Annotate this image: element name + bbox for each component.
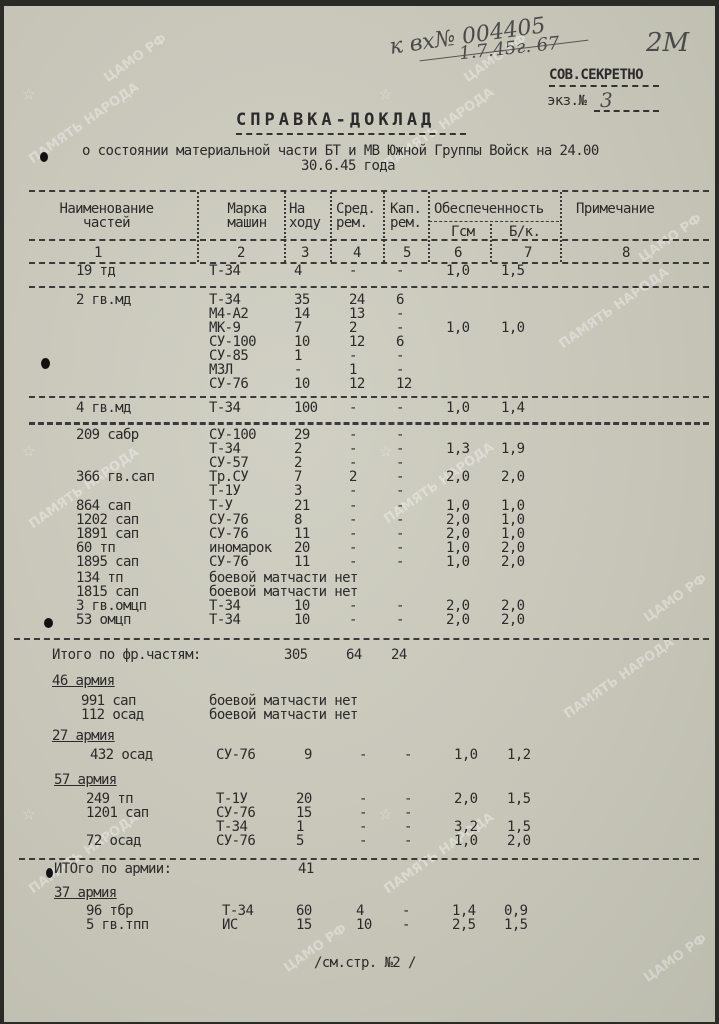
capital-repair: - xyxy=(404,748,412,762)
vehicle-brand: МК-9 xyxy=(209,321,240,335)
vehicle-brand: СУ-76 xyxy=(216,806,255,820)
capital-repair: - xyxy=(404,820,412,834)
vehicle-brand: Т-34 xyxy=(209,442,240,456)
fuel-supply: 1,3 xyxy=(446,442,470,456)
capital-repair: - xyxy=(396,442,404,456)
fuel-supply: 1,0 xyxy=(446,541,470,555)
document-title: СПРАВКА-ДОКЛАД xyxy=(236,113,435,127)
vehicle-brand: СУ-76 xyxy=(209,377,248,391)
watermark-pamyat: ПАМЯТЬ НАРОДА xyxy=(381,810,496,897)
fuel-supply: 2,0 xyxy=(446,599,470,613)
capital-repair: - xyxy=(404,806,412,820)
vehicle-brand: Т-У xyxy=(209,499,233,513)
medium-repair: - xyxy=(349,499,357,513)
total-front-capital: 24 xyxy=(391,648,407,662)
copy-number: 3 xyxy=(600,88,613,112)
col-number-border xyxy=(29,262,709,264)
capital-repair: - xyxy=(404,834,412,848)
unit-name: 1202 сап xyxy=(76,513,139,527)
column-separator xyxy=(428,192,430,262)
medium-repair: 12 xyxy=(349,377,365,391)
fuel-supply: 2,0 xyxy=(446,613,470,627)
medium-repair: - xyxy=(349,456,357,470)
row-border xyxy=(19,858,699,860)
vehicle-brand: СУ-76 xyxy=(216,834,255,848)
fuel-supply: 1,0 xyxy=(446,499,470,513)
medium-repair: - xyxy=(349,555,357,569)
capital-repair: - xyxy=(396,264,404,278)
header-capital-repair: Кап.рем. xyxy=(390,202,421,230)
vehicle-brand: Т-1У xyxy=(209,484,240,498)
running-count: 21 xyxy=(294,499,310,513)
unit-name: 3 гв.омцп xyxy=(76,599,146,613)
unit-name: 60 тп xyxy=(76,541,115,555)
star-watermark-icon: ☆ xyxy=(379,81,392,106)
vehicle-brand: ИС xyxy=(222,918,238,932)
ammo-supply: 0,9 xyxy=(504,904,528,918)
hole-mark xyxy=(41,358,50,369)
column-separator xyxy=(197,192,199,262)
capital-repair: - xyxy=(402,904,410,918)
medium-repair: 4 xyxy=(356,904,364,918)
total-front-medium: 64 xyxy=(346,648,362,662)
unit-name: 249 тп xyxy=(86,792,133,806)
capital-repair: - xyxy=(396,349,404,363)
vehicle-brand: СУ-100 xyxy=(209,335,256,349)
vehicle-brand: Т-34 xyxy=(216,820,247,834)
ammo-supply: 2,0 xyxy=(501,599,525,613)
header-notes: Примечание xyxy=(576,202,654,216)
vehicle-brand: Т-34 xyxy=(209,401,240,415)
unit-name: 432 осад xyxy=(90,748,153,762)
vehicle-brand: М4-А2 xyxy=(209,307,248,321)
vehicle-brand: боевой матчасти нет xyxy=(209,571,358,585)
col-number: 8 xyxy=(622,246,630,260)
capital-repair: 6 xyxy=(396,293,404,307)
vehicle-brand: Т-34 xyxy=(209,264,240,278)
fuel-supply: 2,0 xyxy=(454,792,478,806)
fuel-supply: 2,0 xyxy=(446,470,470,484)
hole-mark xyxy=(46,868,53,878)
running-count: 29 xyxy=(294,428,310,442)
medium-repair: - xyxy=(359,806,367,820)
star-watermark-icon: ☆ xyxy=(22,438,35,463)
column-separator xyxy=(330,192,332,262)
header-fuel: Гсм xyxy=(451,225,475,239)
star-watermark-icon: ☆ xyxy=(379,438,392,463)
medium-repair: 2 xyxy=(349,321,357,335)
running-count: 10 xyxy=(294,335,310,349)
running-count: 10 xyxy=(294,613,310,627)
total-front-label: Итого по фр.частям: xyxy=(52,648,201,662)
ammo-supply: 2,0 xyxy=(501,541,525,555)
handwritten-corner-mark: 2М xyxy=(646,28,689,58)
unit-name: 53 омцп xyxy=(76,613,131,627)
fuel-supply: 3,2 xyxy=(454,820,478,834)
capital-repair: - xyxy=(396,555,404,569)
medium-repair: - xyxy=(349,349,357,363)
running-count: 35 xyxy=(294,293,310,307)
ammo-supply: 1,4 xyxy=(501,401,525,415)
capital-repair: 6 xyxy=(396,335,404,349)
running-count: 10 xyxy=(294,377,310,391)
vehicle-brand: иномарок xyxy=(209,541,272,555)
capital-repair: - xyxy=(396,363,404,377)
ammo-supply: 2,0 xyxy=(501,613,525,627)
running-count: 100 xyxy=(294,401,318,415)
row-border xyxy=(29,422,709,425)
col-number: 5 xyxy=(403,246,411,260)
unit-name: 72 осад xyxy=(86,834,141,848)
vehicle-brand: СУ-76 xyxy=(216,748,255,762)
vehicle-brand: МЗЛ xyxy=(209,363,233,377)
copy-label: экз.№ xyxy=(547,94,586,108)
col-number: 4 xyxy=(353,246,361,260)
fuel-supply: 1,0 xyxy=(454,748,478,762)
medium-repair: - xyxy=(349,527,357,541)
running-count: 4 xyxy=(294,264,302,278)
col-number: 7 xyxy=(524,246,532,260)
vehicle-brand: Т-1У xyxy=(216,792,247,806)
running-count: 1 xyxy=(294,349,302,363)
star-watermark-icon: ☆ xyxy=(22,81,35,106)
fuel-supply: 2,5 xyxy=(452,918,476,932)
unit-name: 134 тп xyxy=(76,571,123,585)
unit-name: 96 тбр xyxy=(86,904,133,918)
capital-repair: - xyxy=(396,401,404,415)
vehicle-brand: СУ-85 xyxy=(209,349,248,363)
medium-repair: 2 xyxy=(349,470,357,484)
running-count: 10 xyxy=(294,599,310,613)
continued-on-page-note: /см.стр. №2 / xyxy=(314,956,416,970)
medium-repair: - xyxy=(359,820,367,834)
ammo-supply: 1,0 xyxy=(501,513,525,527)
table-top-border xyxy=(29,190,709,192)
unit-name: 864 сап xyxy=(76,499,131,513)
unit-name: 112 осад xyxy=(81,708,144,722)
capital-repair: - xyxy=(396,613,404,627)
capital-repair: - xyxy=(396,499,404,513)
column-separator xyxy=(490,224,492,262)
running-count: 9 xyxy=(304,748,312,762)
col-number: 2 xyxy=(237,246,245,260)
running-count: 5 xyxy=(296,834,304,848)
capital-repair: - xyxy=(396,541,404,555)
divider xyxy=(549,85,659,87)
army-heading-37: 37 армия xyxy=(54,886,117,900)
vehicle-brand: боевой матчасти нет xyxy=(209,585,358,599)
unit-name: 991 сап xyxy=(81,694,136,708)
unit-name: 2 гв.мд xyxy=(76,293,131,307)
running-count: 2 xyxy=(294,442,302,456)
ammo-supply: 1,5 xyxy=(507,792,531,806)
running-count: 1 xyxy=(296,820,304,834)
vehicle-brand: СУ-76 xyxy=(209,513,248,527)
capital-repair: 12 xyxy=(396,377,412,391)
fuel-supply: 1,0 xyxy=(446,264,470,278)
header-unit-name: Наименованиечастей xyxy=(44,202,169,230)
vehicle-brand: Т-34 xyxy=(209,599,240,613)
army-heading-57: 57 армия xyxy=(54,773,117,787)
total-armies-running: 41 xyxy=(298,862,314,876)
ammo-supply: 1,0 xyxy=(501,527,525,541)
ammo-supply: 2,0 xyxy=(501,555,525,569)
header-medium-repair: Сред.рем. xyxy=(336,202,375,230)
unit-name: 1895 сап xyxy=(76,555,139,569)
header-ammo: Б/к. xyxy=(509,225,540,239)
fuel-supply: 1,0 xyxy=(446,401,470,415)
watermark-pamyat: ПАМЯТЬ НАРОДА xyxy=(26,810,141,897)
vehicle-brand: Т-34 xyxy=(222,904,253,918)
fuel-supply: 2,0 xyxy=(446,527,470,541)
running-count: 7 xyxy=(294,321,302,335)
ammo-supply: 2,0 xyxy=(501,470,525,484)
watermark-tsamo: ЦАМО РФ xyxy=(641,931,709,985)
watermark-pamyat: ПАМЯТЬ НАРОДА xyxy=(561,635,676,722)
ammo-supply: 1,5 xyxy=(507,820,531,834)
hole-mark xyxy=(44,618,53,628)
running-count: 11 xyxy=(294,527,310,541)
total-armies-label: ИТОго по армии: xyxy=(54,862,171,876)
medium-repair: - xyxy=(349,442,357,456)
medium-repair: - xyxy=(349,428,357,442)
army-heading-27: 27 армия xyxy=(52,729,115,743)
unit-name: 5 гв.тпп xyxy=(86,918,149,932)
unit-name: 366 гв.сап xyxy=(76,470,154,484)
divider xyxy=(594,110,659,112)
capital-repair: - xyxy=(396,428,404,442)
medium-repair: 13 xyxy=(349,307,365,321)
running-count: 60 xyxy=(296,904,312,918)
vehicle-brand: Тр.СУ xyxy=(209,470,248,484)
vehicle-brand: Т-34 xyxy=(209,613,240,627)
medium-repair: - xyxy=(349,484,357,498)
header-running: Находу xyxy=(289,202,320,230)
star-watermark-icon: ☆ xyxy=(379,801,392,826)
medium-repair: - xyxy=(349,599,357,613)
vehicle-brand: СУ-100 xyxy=(209,428,256,442)
title-underline xyxy=(236,133,466,135)
medium-repair: - xyxy=(349,264,357,278)
capital-repair: - xyxy=(396,513,404,527)
col-number: 1 xyxy=(94,246,102,260)
running-count: 20 xyxy=(294,541,310,555)
col-number: 3 xyxy=(301,246,309,260)
total-front-running: 305 xyxy=(284,648,308,662)
medium-repair: 24 xyxy=(349,293,365,307)
medium-repair: 10 xyxy=(356,918,372,932)
medium-repair: - xyxy=(359,792,367,806)
vehicle-brand: боевой матчасти нет xyxy=(209,708,358,722)
capital-repair: - xyxy=(396,599,404,613)
capital-repair: - xyxy=(396,321,404,335)
fuel-supply: 1,0 xyxy=(446,321,470,335)
document-page: ЦАМО РФ ЦАМО РФ ПАМЯТЬ НАРОДА ПАМЯТЬ НАР… xyxy=(4,6,715,1022)
medium-repair: 12 xyxy=(349,335,365,349)
fuel-supply: 1,4 xyxy=(452,904,476,918)
ammo-supply: 1,9 xyxy=(501,442,525,456)
running-count: 15 xyxy=(296,806,312,820)
fuel-supply: 1,0 xyxy=(454,834,478,848)
medium-repair: - xyxy=(349,513,357,527)
capital-repair: - xyxy=(396,470,404,484)
medium-repair: - xyxy=(359,834,367,848)
medium-repair: - xyxy=(349,613,357,627)
capital-repair: - xyxy=(402,918,410,932)
watermark-tsamo: ЦАМО РФ xyxy=(641,571,709,625)
capital-repair: - xyxy=(396,484,404,498)
ammo-supply: 1,2 xyxy=(507,748,531,762)
running-count: - xyxy=(294,363,302,377)
row-border xyxy=(29,286,709,288)
ammo-supply: 1,0 xyxy=(501,499,525,513)
capital-repair: - xyxy=(396,307,404,321)
unit-name: 209 сабр xyxy=(76,428,139,442)
running-count: 11 xyxy=(294,555,310,569)
classification-stamp: СОВ.СЕКРЕТНО xyxy=(549,68,643,82)
row-border xyxy=(14,638,709,640)
vehicle-brand: боевой матчасти нет xyxy=(209,694,358,708)
running-count: 15 xyxy=(296,918,312,932)
fuel-supply: 2,0 xyxy=(446,513,470,527)
header-vehicle-brand: Маркамашин xyxy=(212,202,282,230)
running-count: 14 xyxy=(294,307,310,321)
vehicle-brand: СУ-76 xyxy=(209,527,248,541)
vehicle-brand: Т-34 xyxy=(209,293,240,307)
unit-name: 1201 сап xyxy=(86,806,149,820)
document-subtitle-date: 30.6.45 года xyxy=(301,159,395,173)
column-separator xyxy=(284,192,286,262)
running-count: 20 xyxy=(296,792,312,806)
fuel-supply: 1,0 xyxy=(446,555,470,569)
row-border xyxy=(29,396,709,398)
column-separator xyxy=(560,192,562,262)
group-header-divider xyxy=(429,221,559,222)
unit-name: 1815 сап xyxy=(76,585,139,599)
star-watermark-icon: ☆ xyxy=(22,801,35,826)
vehicle-brand: СУ-57 xyxy=(209,456,248,470)
medium-repair: 1 xyxy=(349,363,357,377)
header-supply-group: Обеспеченность xyxy=(434,202,544,216)
watermark-tsamo: ЦАМО РФ xyxy=(101,31,169,85)
document-subtitle: о состоянии материальной части БТ и МВ Ю… xyxy=(82,144,599,158)
col-number: 6 xyxy=(454,246,462,260)
header-bottom-border xyxy=(29,239,709,241)
capital-repair: - xyxy=(404,792,412,806)
medium-repair: - xyxy=(349,541,357,555)
unit-name: 19 тд xyxy=(76,264,115,278)
medium-repair: - xyxy=(349,401,357,415)
unit-name: 4 гв.мд xyxy=(76,401,131,415)
vehicle-brand: СУ-76 xyxy=(209,555,248,569)
medium-repair: - xyxy=(359,748,367,762)
hole-mark xyxy=(40,152,48,162)
army-heading-46: 46 армия xyxy=(52,674,115,688)
running-count: 3 xyxy=(294,484,302,498)
running-count: 2 xyxy=(294,456,302,470)
running-count: 7 xyxy=(294,470,302,484)
capital-repair: - xyxy=(396,456,404,470)
watermark-pamyat: ПАМЯТЬ НАРОДА xyxy=(556,265,671,352)
ammo-supply: 1,5 xyxy=(501,264,525,278)
column-separator xyxy=(383,192,385,262)
ammo-supply: 2,0 xyxy=(507,834,531,848)
ammo-supply: 1,5 xyxy=(504,918,528,932)
ammo-supply: 1,0 xyxy=(501,321,525,335)
capital-repair: - xyxy=(396,527,404,541)
running-count: 8 xyxy=(294,513,302,527)
unit-name: 1891 сап xyxy=(76,527,139,541)
